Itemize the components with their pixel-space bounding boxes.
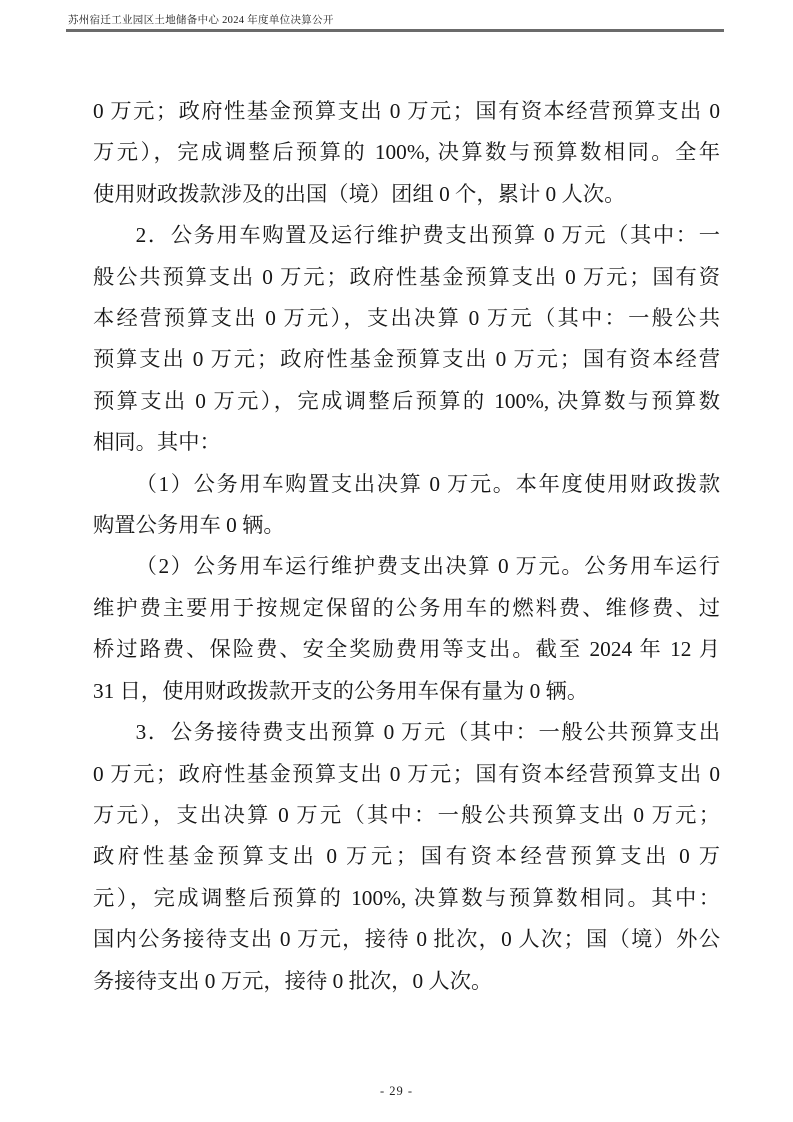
body-line: 31 日，使用财政拨款开支的公务用车保有量为 0 辆。 xyxy=(93,671,720,712)
body-line: 3．公务接待费支出预算 0 万元（其中：一般公共预算支出 xyxy=(93,712,720,753)
body-line: 相同。其中： xyxy=(93,422,720,463)
body-line: 桥过路费、保险费、安全奖励费用等支出。截至 2024 年 12 月 xyxy=(93,629,720,670)
body-line: 2．公务用车购置及运行维护费支出预算 0 万元（其中：一 xyxy=(93,215,720,256)
document-body: 0 万元；政府性基金预算支出 0 万元；国有资本经营预算支出 0 万元），完成调… xyxy=(93,91,720,1002)
body-line: 0 万元；政府性基金预算支出 0 万元；国有资本经营预算支出 0 xyxy=(93,91,720,132)
body-line: 使用财政拨款涉及的出国（境）团组 0 个，累计 0 人次。 xyxy=(93,174,720,215)
paragraph-vehicle-budget: 2．公务用车购置及运行维护费支出预算 0 万元（其中：一 般公共预算支出 0 万… xyxy=(93,215,720,463)
body-line: 政府性基金预算支出 0 万元；国有资本经营预算支出 0 万 xyxy=(93,836,720,877)
body-line: （2）公务用车运行维护费支出决算 0 万元。公务用车运行 xyxy=(93,546,720,587)
body-line: 购置公务用车 0 辆。 xyxy=(93,505,720,546)
body-line: 维护费主要用于按规定保留的公务用车的燃料费、维修费、过 xyxy=(93,588,720,629)
paragraph-reception-budget: 3．公务接待费支出预算 0 万元（其中：一般公共预算支出 0 万元；政府性基金预… xyxy=(93,712,720,1002)
body-line: 0 万元；政府性基金预算支出 0 万元；国有资本经营预算支出 0 xyxy=(93,754,720,795)
body-line: 预算支出 0 万元；政府性基金预算支出 0 万元；国有资本经营 xyxy=(93,339,720,380)
paragraph-vehicle-maintenance: （2）公务用车运行维护费支出决算 0 万元。公务用车运行 维护费主要用于按规定保… xyxy=(93,546,720,712)
body-line: 万元），支出决算 0 万元（其中：一般公共预算支出 0 万元； xyxy=(93,795,720,836)
body-line: 般公共预算支出 0 万元；政府性基金预算支出 0 万元；国有资 xyxy=(93,257,720,298)
body-line: 万元），完成调整后预算的 100%, 决算数与预算数相同。全年 xyxy=(93,132,720,173)
page-number: - 29 - xyxy=(0,1084,793,1099)
body-line: 本经营预算支出 0 万元），支出决算 0 万元（其中：一般公共 xyxy=(93,298,720,339)
page-header-title: 苏州宿迁工业园区土地储备中心 2024 年度单位决算公开 xyxy=(68,14,334,28)
document-page: 苏州宿迁工业园区土地储备中心 2024 年度单位决算公开 0 万元；政府性基金预… xyxy=(0,0,793,1122)
body-line: 预算支出 0 万元），完成调整后预算的 100%, 决算数与预算数 xyxy=(93,381,720,422)
paragraph-funds-abroad: 0 万元；政府性基金预算支出 0 万元；国有资本经营预算支出 0 万元），完成调… xyxy=(93,91,720,215)
body-line: 国内公务接待支出 0 万元，接待 0 批次，0 人次；国（境）外公 xyxy=(93,919,720,960)
body-line: （1）公务用车购置支出决算 0 万元。本年度使用财政拨款 xyxy=(93,464,720,505)
header-divider xyxy=(66,29,724,32)
paragraph-vehicle-purchase: （1）公务用车购置支出决算 0 万元。本年度使用财政拨款 购置公务用车 0 辆。 xyxy=(93,464,720,547)
body-line: 务接待支出 0 万元，接待 0 批次，0 人次。 xyxy=(93,961,720,1002)
body-line: 元），完成调整后预算的 100%, 决算数与预算数相同。其中： xyxy=(93,878,720,919)
